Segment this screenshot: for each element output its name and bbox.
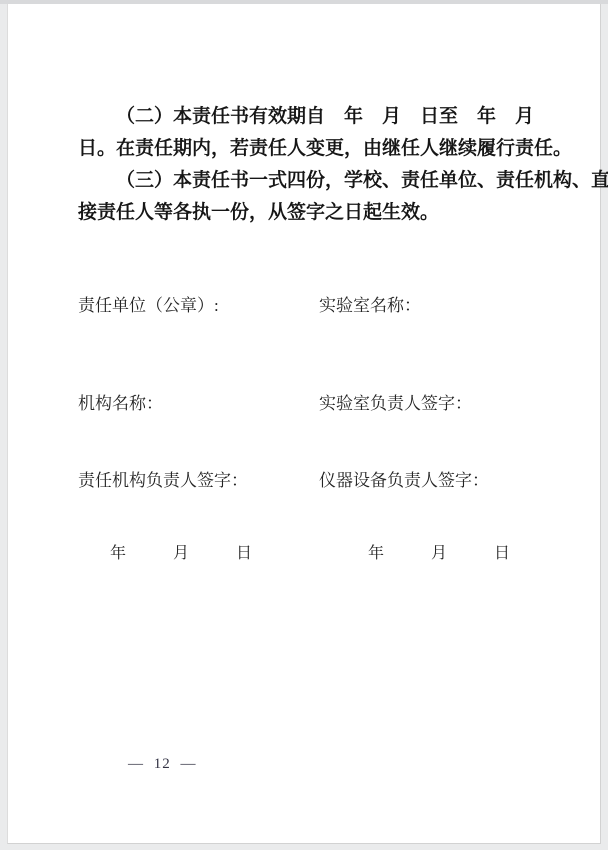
document-page: （二）本责任书有效期自 年 月 日至 年 月 日。在责任期内，若责任人变更，由继… — [7, 4, 601, 844]
date-line: 年 月 日 年 月 日 — [8, 544, 600, 566]
body-text: （二）本责任书有效期自 年 月 日至 年 月 日。在责任期内，若责任人变更，由继… — [78, 101, 550, 229]
date-month-label: 月 — [173, 544, 189, 564]
date-year-label: 年 — [368, 544, 384, 564]
page-number: — 12 — — [128, 756, 197, 773]
label-lab-name: 实验室名称： — [319, 296, 421, 316]
signature-row-unit: 责任单位（公章）: 实验室名称： — [78, 296, 598, 318]
date-placeholder-left: 年 月 日 — [110, 544, 252, 564]
paragraph-line: （三）本责任书一式四份，学校、责任单位、责任机构、直 — [78, 165, 550, 197]
label-resp-org-head-signature: 责任机构负责人签字： — [78, 471, 248, 490]
date-day-label: 日 — [494, 544, 510, 564]
date-day-label: 日 — [236, 544, 252, 564]
signature-row-heads: 责任机构负责人签字： 仪器设备负责人签字： — [78, 471, 598, 493]
document-viewport: （二）本责任书有效期自 年 月 日至 年 月 日。在责任期内，若责任人变更，由继… — [0, 0, 608, 850]
label-equipment-head-signature: 仪器设备负责人签字： — [319, 471, 489, 491]
paragraph-line: 接责任人等各执一份，从签字之日起生效。 — [78, 197, 550, 229]
label-responsible-unit-seal: 责任单位（公章）: — [78, 296, 219, 315]
label-org-name: 机构名称： — [78, 394, 163, 413]
date-placeholder-right: 年 月 日 — [368, 544, 510, 564]
paragraph-line: （二）本责任书有效期自 年 月 日至 年 月 — [78, 101, 550, 133]
label-lab-head-signature: 实验室负责人签字： — [319, 394, 472, 414]
date-month-label: 月 — [431, 544, 447, 564]
signature-row-org: 机构名称： 实验室负责人签字： — [78, 394, 598, 416]
date-year-label: 年 — [110, 544, 126, 564]
paragraph-line: 日。在责任期内，若责任人变更，由继任人继续履行责任。 — [78, 133, 550, 165]
